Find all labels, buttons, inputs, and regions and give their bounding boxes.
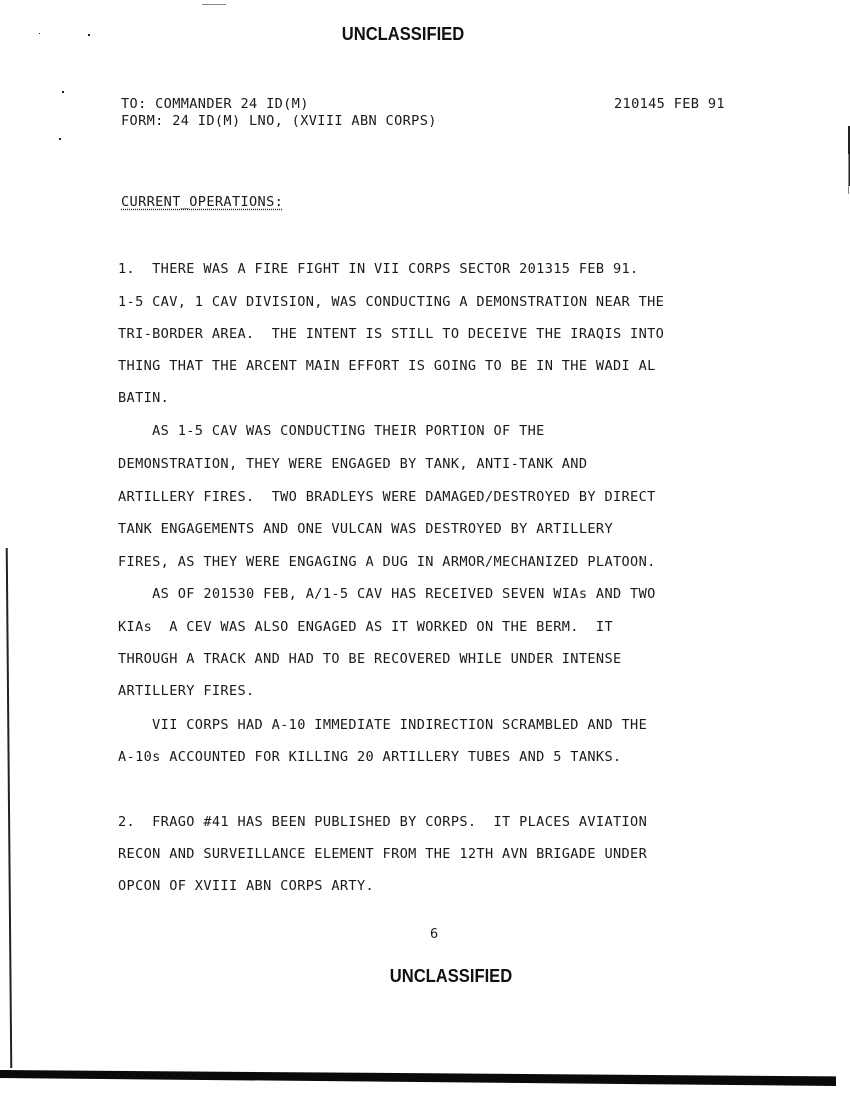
page-number: 6 — [430, 926, 439, 942]
to-line: TO: COMMANDER 24 ID(M) — [121, 96, 309, 112]
body-line: THROUGH A TRACK AND HAD TO BE RECOVERED … — [118, 651, 622, 667]
scan-edge-bottom — [0, 1070, 836, 1086]
body-line: VII CORPS HAD A-10 IMMEDIATE INDIRECTION… — [118, 717, 647, 733]
body-line: AS OF 201530 FEB, A/1-5 CAV HAS RECEIVED… — [118, 586, 656, 602]
scan-speck — [62, 91, 64, 93]
body-line: TANK ENGAGEMENTS AND ONE VULCAN WAS DEST… — [118, 521, 613, 537]
document-page: UNCLASSIFIED TO: COMMANDER 24 ID(M) FORM… — [0, 0, 850, 1094]
scan-noise — [202, 4, 226, 5]
body-line: THING THAT THE ARCENT MAIN EFFORT IS GOI… — [118, 358, 656, 374]
body-line: FIRES, AS THEY WERE ENGAGING A DUG IN AR… — [118, 554, 656, 570]
body-line: KIAs A CEV WAS ALSO ENGAGED AS IT WORKED… — [118, 619, 613, 635]
body-line: 1. THERE WAS A FIRE FIGHT IN VII CORPS S… — [118, 261, 639, 277]
body-line: ARTILLERY FIRES. — [118, 683, 255, 699]
body-line: TRI-BORDER AREA. THE INTENT IS STILL TO … — [118, 326, 664, 342]
body-line: ARTILLERY FIRES. TWO BRADLEYS WERE DAMAG… — [118, 489, 656, 505]
scan-edge-right — [848, 154, 849, 194]
scan-speck — [59, 138, 61, 140]
body-line: A-10s ACCOUNTED FOR KILLING 20 ARTILLERY… — [118, 749, 622, 765]
body-line: 2. FRAGO #41 HAS BEEN PUBLISHED BY CORPS… — [118, 814, 647, 830]
body-line: OPCON OF XVIII ABN CORPS ARTY. — [118, 878, 374, 894]
body-line: AS 1-5 CAV WAS CONDUCTING THEIR PORTION … — [118, 423, 545, 439]
section-heading: CURRENT_OPERATIONS: — [121, 194, 283, 210]
classification-banner-top: UNCLASSIFIED — [12, 24, 794, 45]
body-line: DEMONSTRATION, THEY WERE ENGAGED BY TANK… — [118, 456, 587, 472]
classification-banner-bottom: UNCLASSIFIED — [60, 966, 842, 987]
scan-edge-left — [6, 548, 13, 1068]
body-line: BATIN. — [118, 390, 169, 406]
body-line: 1-5 CAV, 1 CAV DIVISION, WAS CONDUCTING … — [118, 294, 664, 310]
body-line: RECON AND SURVEILLANCE ELEMENT FROM THE … — [118, 846, 647, 862]
from-line: FORM: 24 ID(M) LNO, (XVIII ABN CORPS) — [121, 113, 437, 129]
date-time-group: 210145 FEB 91 — [614, 96, 725, 112]
